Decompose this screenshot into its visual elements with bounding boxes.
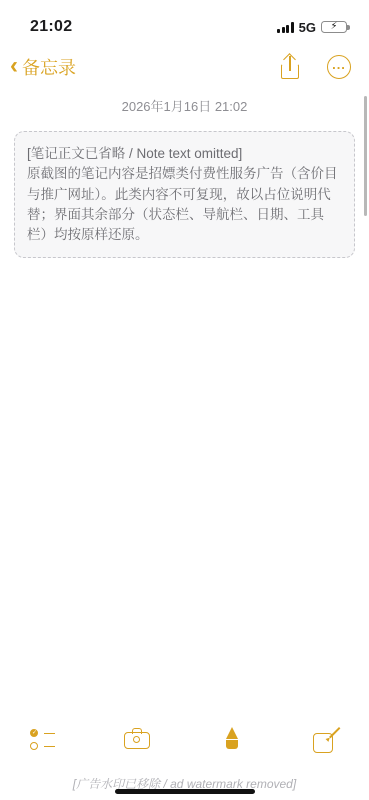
network-type-label: 5G — [299, 20, 316, 35]
compose-note-icon[interactable] — [313, 727, 339, 753]
scrollbar[interactable] — [364, 96, 367, 216]
note-body[interactable]: [笔记正文已省略 / Note text omitted] 原截图的笔记内容是招… — [14, 131, 355, 258]
note-date-line: 2026年1月16日 21:02 — [14, 92, 355, 125]
camera-icon[interactable] — [124, 727, 150, 753]
charging-bolt-icon: ⚡ — [322, 21, 346, 33]
chevron-left-icon: ‹ — [10, 54, 18, 78]
share-button[interactable] — [281, 55, 301, 79]
more-options-button[interactable]: ... — [327, 55, 351, 79]
cellular-signal-icon — [277, 22, 294, 33]
nav-actions: ... — [281, 55, 351, 79]
nav-bar: ‹ 备忘录 ... — [0, 44, 369, 90]
status-bar: 21:02 5G ⚡ — [0, 0, 369, 44]
checklist-icon[interactable] — [30, 727, 56, 753]
note-content-area[interactable]: 2026年1月16日 21:02 [笔记正文已省略 / Note text om… — [0, 90, 369, 258]
notes-app-screen: 21:02 5G ⚡ ‹ 备忘录 ... 2026年1月16日 21:02 [笔… — [0, 0, 369, 800]
status-indicators: 5G ⚡ — [277, 20, 347, 35]
back-button-label: 备忘录 — [22, 54, 76, 80]
battery-icon: ⚡ — [321, 21, 347, 33]
status-time: 21:02 — [30, 18, 72, 36]
redacted-content-notice: [笔记正文已省略 / Note text omitted] 原截图的笔记内容是招… — [14, 131, 355, 258]
home-indicator[interactable] — [115, 789, 255, 794]
notes-toolbar — [0, 716, 369, 764]
markup-pen-icon[interactable] — [219, 727, 245, 753]
back-button[interactable]: ‹ 备忘录 — [10, 54, 76, 80]
